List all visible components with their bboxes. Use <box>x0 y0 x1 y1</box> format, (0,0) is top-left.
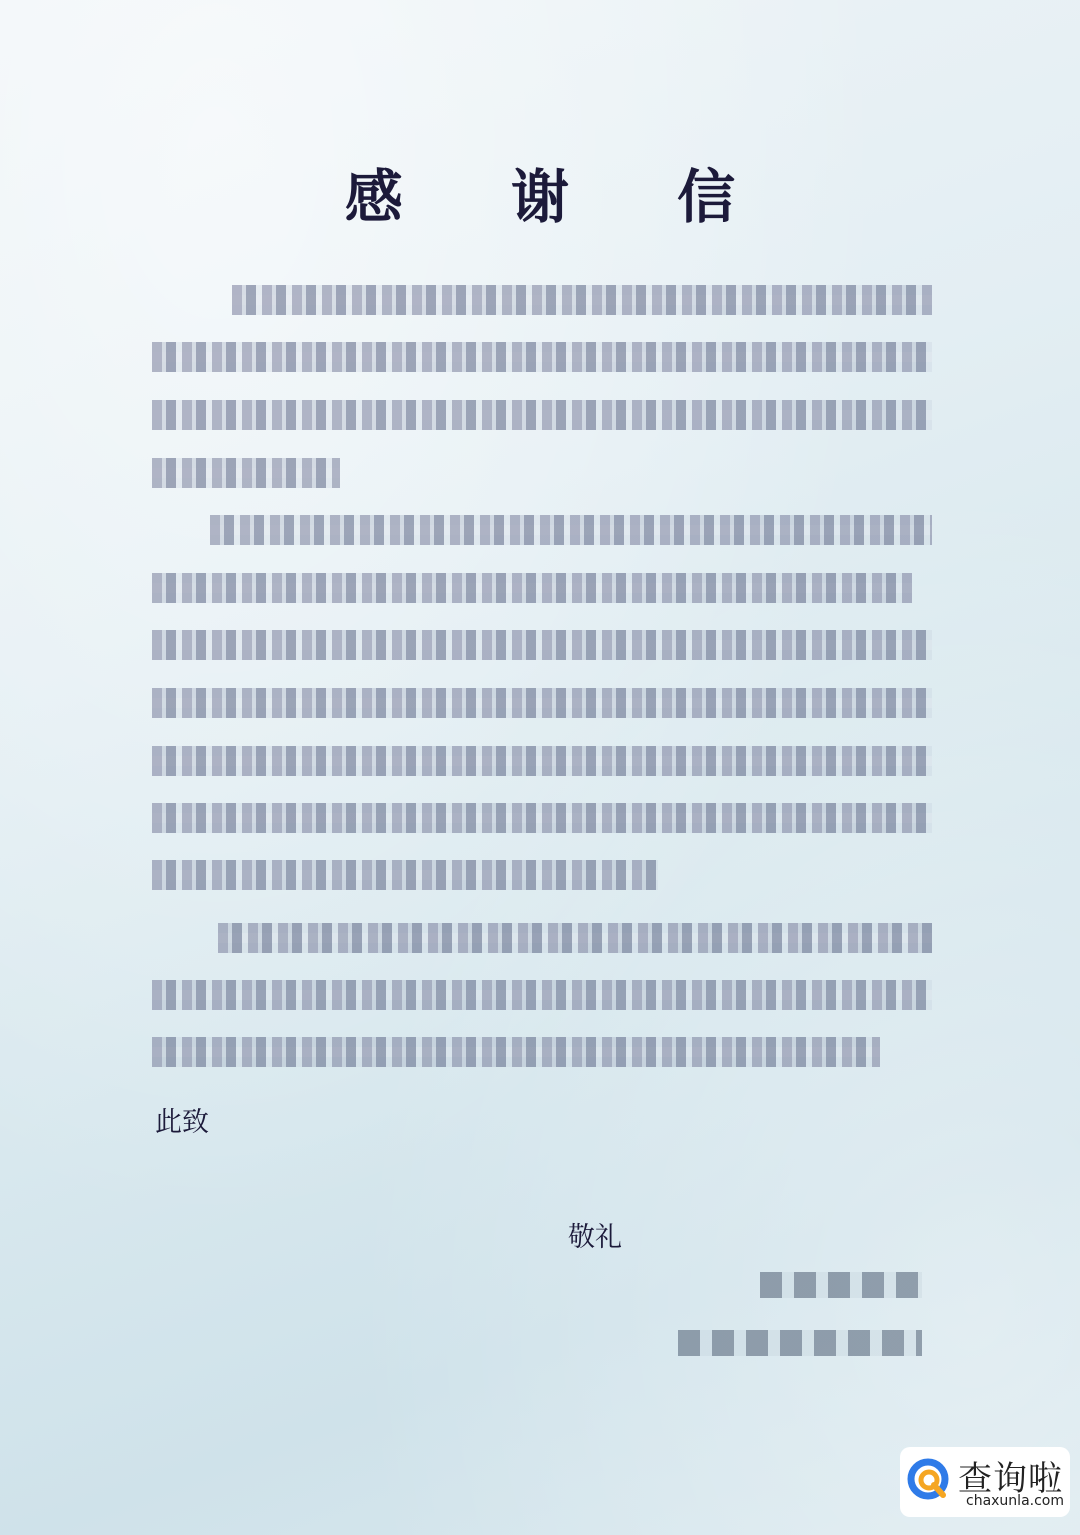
redacted-text-line <box>152 746 932 776</box>
redacted-text-line <box>152 400 932 430</box>
redacted-text-line <box>152 803 932 833</box>
letter-title: 感 谢 信 <box>0 150 1080 234</box>
redacted-text-line <box>232 285 932 315</box>
watermark-brand-en: chaxunla.com <box>966 1493 1064 1509</box>
magnifier-logo-icon <box>906 1457 952 1503</box>
redacted-text-line <box>210 515 932 545</box>
redacted-text-line <box>152 573 912 603</box>
redacted-text-line <box>152 980 932 1010</box>
closing-regards: 敬礼 <box>568 1215 622 1254</box>
redacted-text-line <box>152 860 658 890</box>
watermark-logo: 查询啦 chaxunla.com <box>900 1447 1070 1517</box>
redacted-text-line <box>152 1037 880 1067</box>
closing-salutation: 此致 <box>155 1100 209 1139</box>
redacted-text-line <box>218 923 932 953</box>
redacted-text-line <box>152 458 340 488</box>
redacted-signature-line <box>678 1330 922 1356</box>
redacted-signature-line <box>760 1272 922 1298</box>
redacted-text-line <box>152 630 932 660</box>
redacted-text-line <box>152 688 932 718</box>
redacted-text-line <box>152 342 932 372</box>
